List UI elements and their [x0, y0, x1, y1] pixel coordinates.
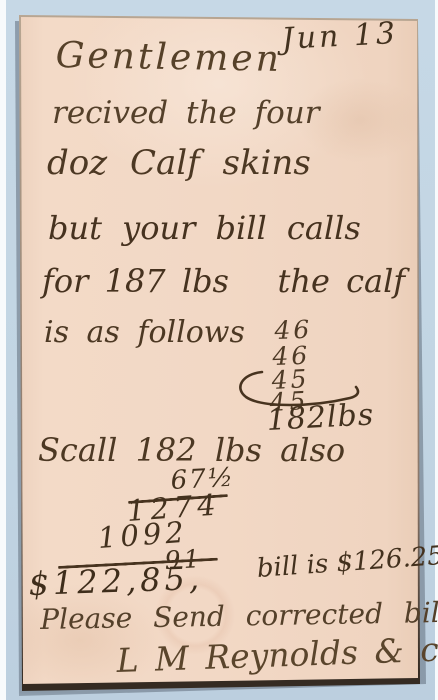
- date-annotation: Jun 13: [281, 19, 399, 55]
- body-line-received: recived the four: [52, 98, 320, 129]
- photo-edge-left: [0, 0, 6, 700]
- body-line-follows: is as follows: [44, 318, 245, 348]
- calc-total: $122,85,: [28, 562, 204, 600]
- salutation-line: Gentlemen: [55, 38, 282, 78]
- weight-value: 46: [274, 317, 313, 343]
- body-line-bill: but your bill calls: [48, 212, 361, 244]
- signature-line: L M Reynolds & co: [116, 632, 438, 677]
- closing-line: Please Send corrected bill: [40, 599, 438, 634]
- body-line-dozen: doz Calf skins: [47, 146, 311, 180]
- body-line-scale: Scall 182 lbs also: [38, 434, 345, 466]
- photo-backdrop: Jun 13 Gentlemen recived the four doz Ca…: [0, 0, 438, 700]
- body-line-weight: for 187 lbs the calf: [42, 265, 405, 297]
